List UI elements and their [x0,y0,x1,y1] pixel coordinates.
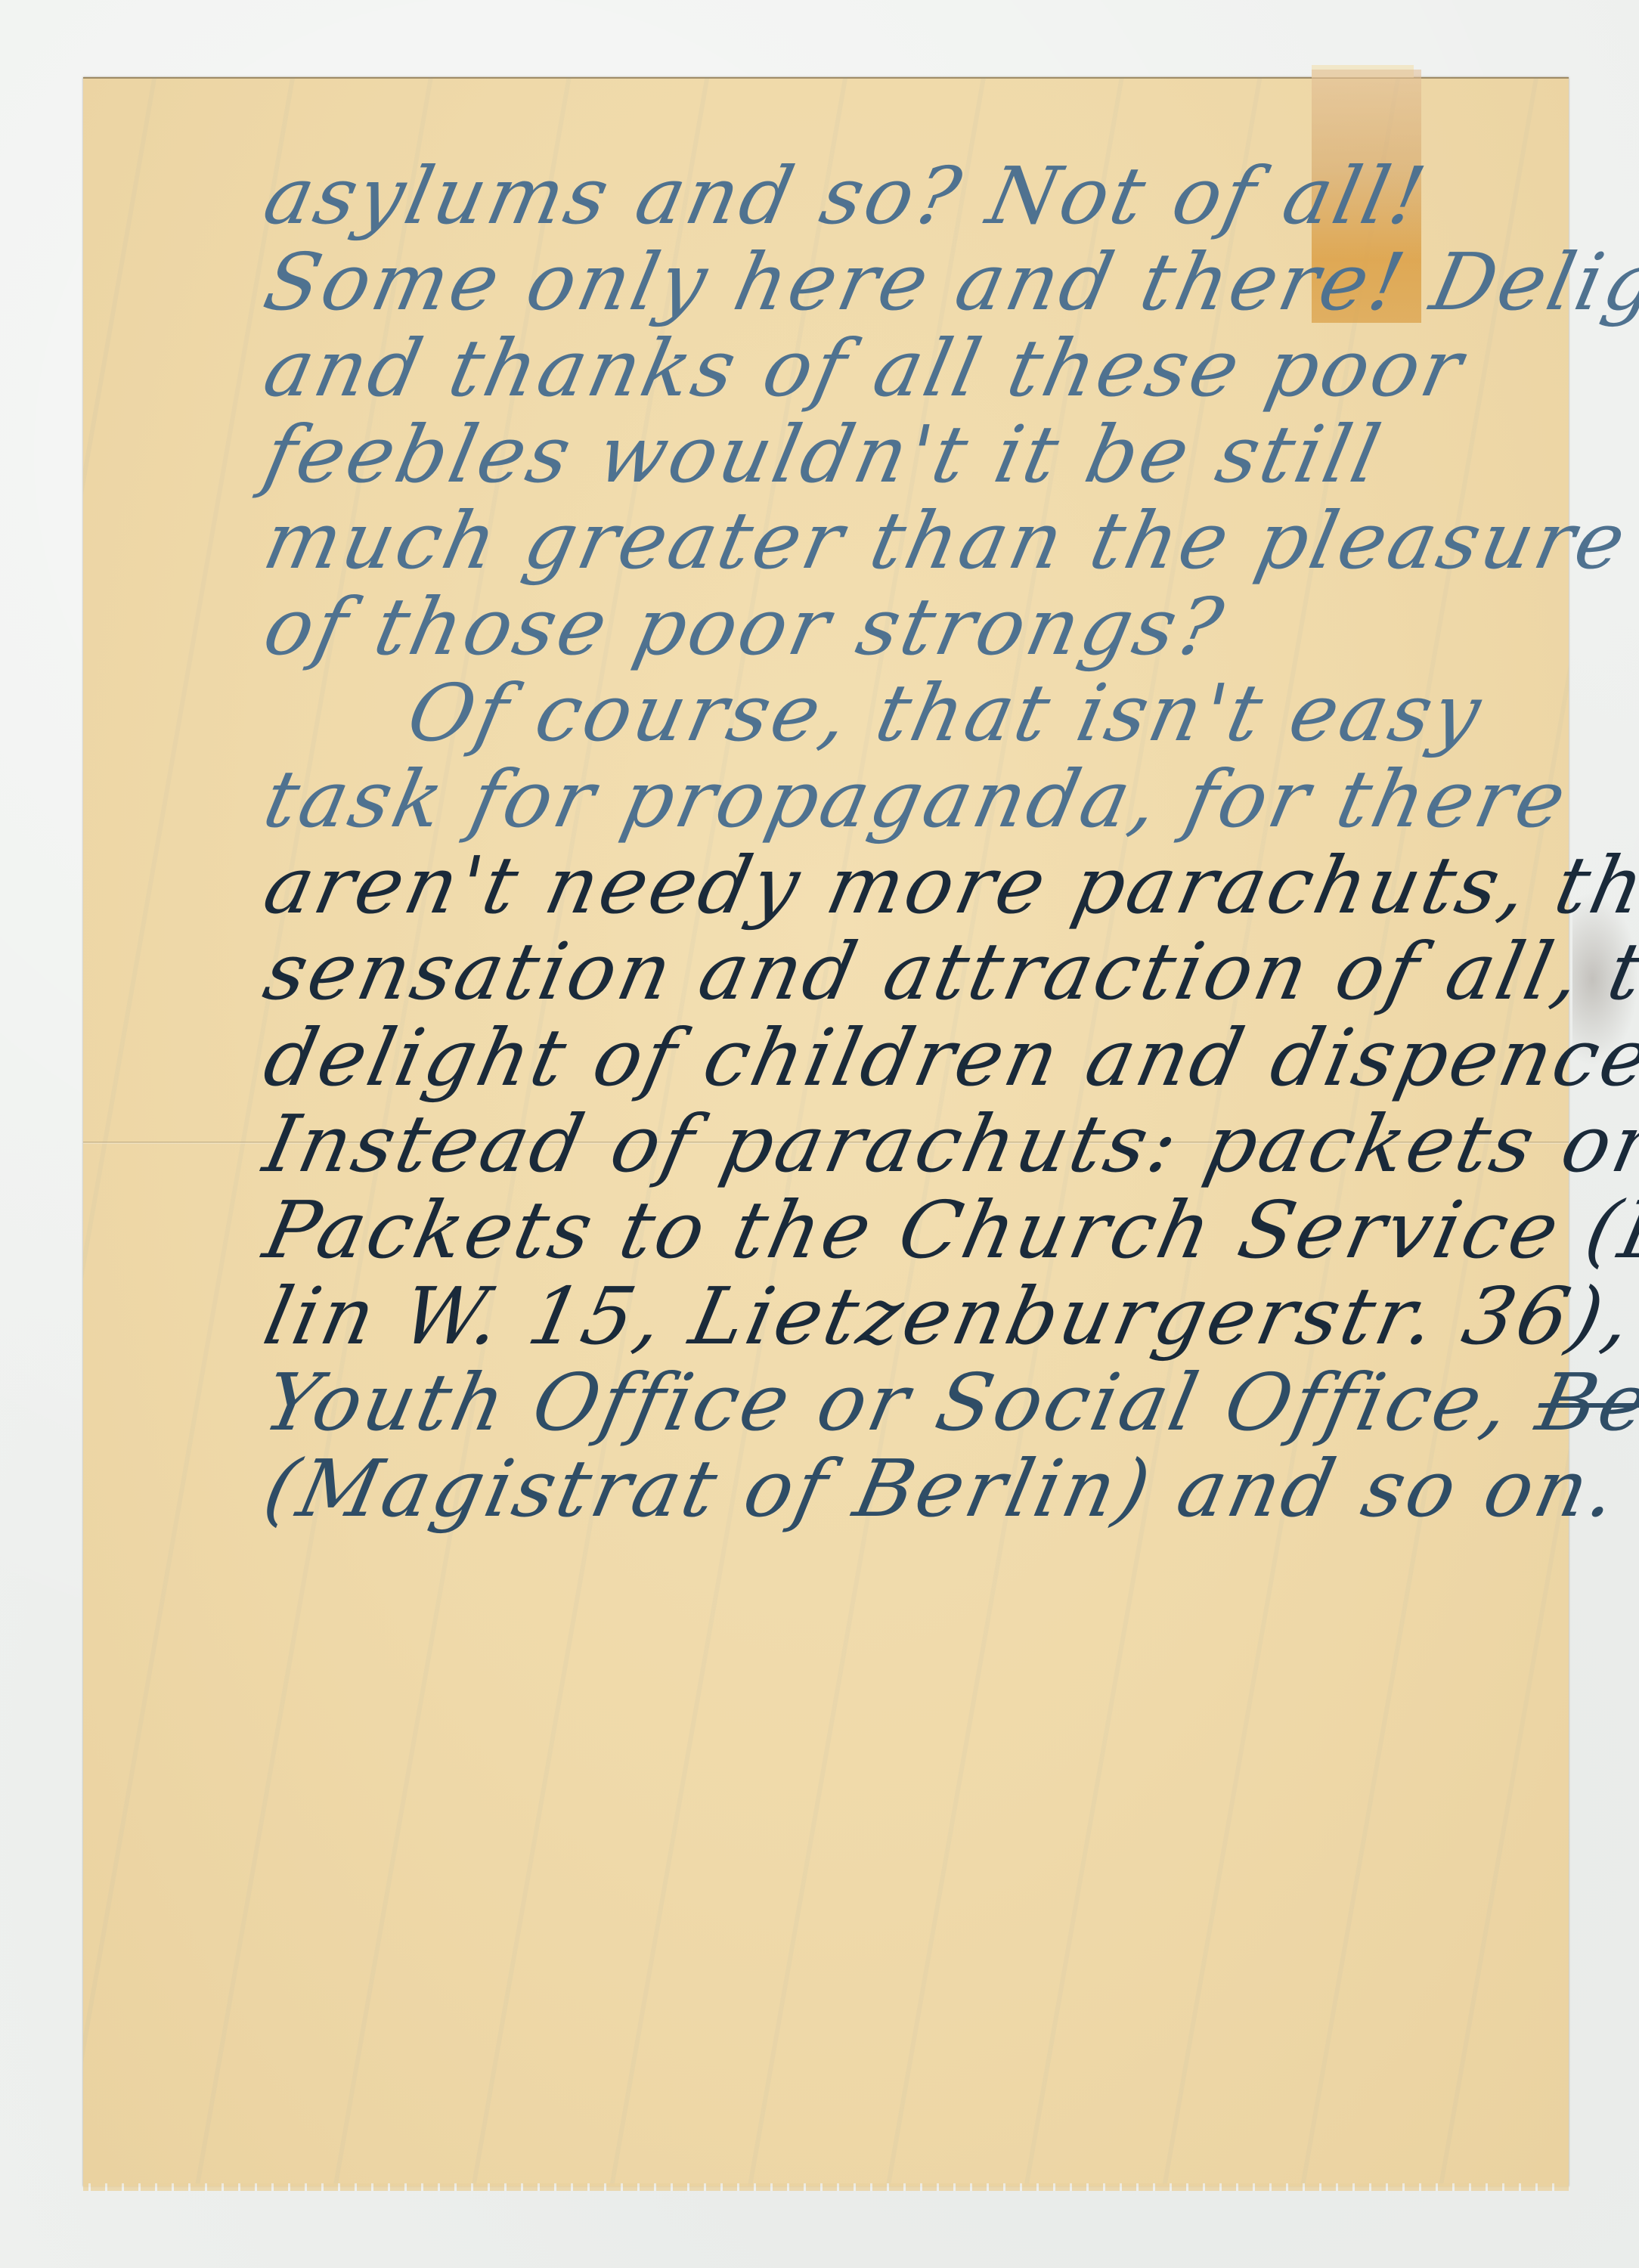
text-line: of those poor strongs? [257,584,1575,670]
letter-page: asylums and so? Not of all! Some only he… [83,77,1569,2186]
text-line: and thanks of all these poor [257,325,1575,411]
text-line: (Magistrat of Berlin) and so on. [257,1445,1575,1532]
text-line: Instead of parachuts: packets only! [257,1101,1575,1187]
text-line: Some only here and there! Delight [257,239,1575,325]
text-line: task for propaganda, for there [257,756,1575,842]
text-line: Packets to the Church Service (Ber- [257,1187,1575,1273]
address-line: lin W. 15, Lietzenburgerstr. 36), [257,1273,1575,1359]
paper-torn-bottom-edge [83,2183,1569,2191]
letter-text: asylums and so? Not of all! Some only he… [257,153,1557,1532]
struck-out-text: Be [1529,1356,1639,1448]
text-line: aren't needy more parachuts, the [257,842,1575,928]
text-line: feebles wouldn't it be still [257,411,1575,497]
text-line: delight of children and dispencers. [257,1015,1575,1101]
text-line: sensation and attraction of all, the [257,928,1575,1015]
text-line: Youth Office or Social Office, Be [257,1359,1575,1445]
text-segment: Youth Office or Social Office, [256,1356,1521,1448]
text-line: asylums and so? Not of all! [257,153,1575,239]
text-line: much greater than the pleasure [257,497,1575,584]
paragraph-start-line: Of course, that isn't easy [257,670,1575,756]
